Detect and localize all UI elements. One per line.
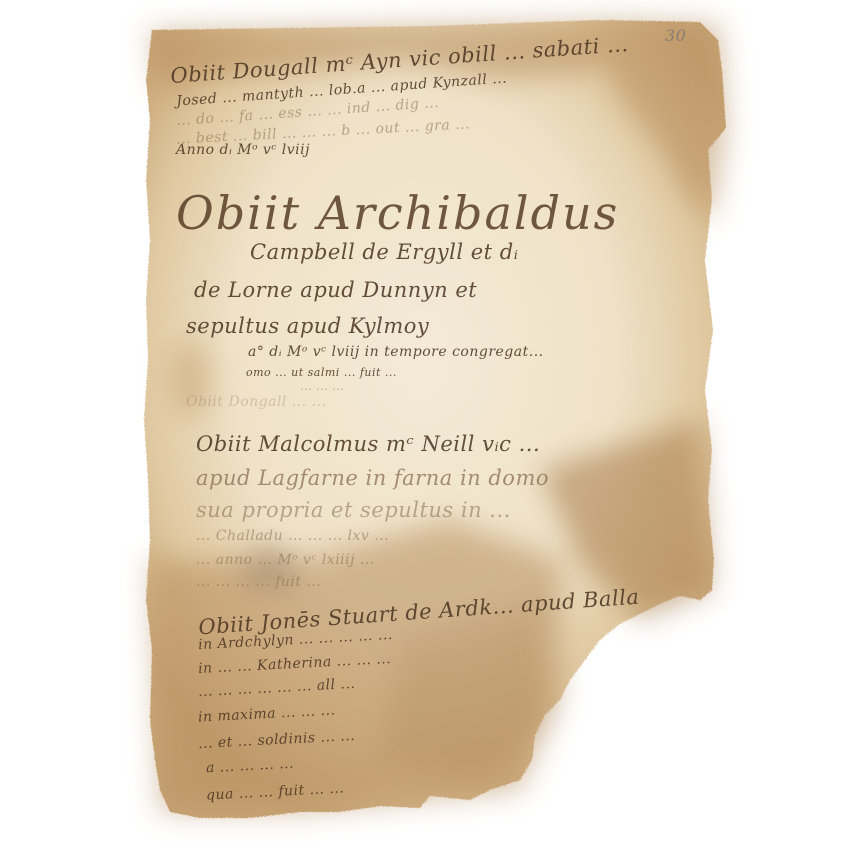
entry-4-line-4: ... Challadu ... ... ... lxv ...	[196, 528, 389, 544]
entry-2-line-6: ... ... ...	[300, 380, 344, 393]
entry-2-line-3: sepultus apud Kylmoy	[186, 314, 429, 338]
entry-4-line-2: apud Lagfarne in farna in domo	[196, 466, 549, 490]
entry-4-line-3: sua propria et sepultus in ...	[196, 498, 511, 522]
entry-2-line-4: a° dᵢ Mᵒ vᶜ lviij in tempore congregat..…	[248, 344, 544, 360]
entry-3-line-1: Obiit Dongall ... ...	[186, 394, 327, 410]
entry-2-line-5: omo ... ut salmi ... fuit ...	[246, 366, 397, 379]
entry-4-line-5: ... anno ... Mᵒ vᶜ lxiiij ...	[196, 552, 375, 568]
manuscript-photo: Obiit Dougall mᶜ Ayn vic obill ... sabat…	[0, 0, 850, 850]
entry-1-line-5: Anno dᵢ Mᵒ vᶜ lviij	[176, 142, 310, 158]
entry-2-heading: Obiit Archibaldus	[176, 186, 619, 240]
entry-4-line-6: ... ... ... ... fuit ...	[196, 574, 321, 590]
folio-number: 30	[665, 26, 686, 45]
entry-2-line-1: Campbell de Ergyll et dᵢ	[250, 240, 518, 264]
entry-2-line-2: de Lorne apud Dunnyn et	[194, 278, 477, 302]
entry-4-line-1: Obiit Malcolmus mᶜ Neill vᵢc ...	[196, 432, 540, 456]
